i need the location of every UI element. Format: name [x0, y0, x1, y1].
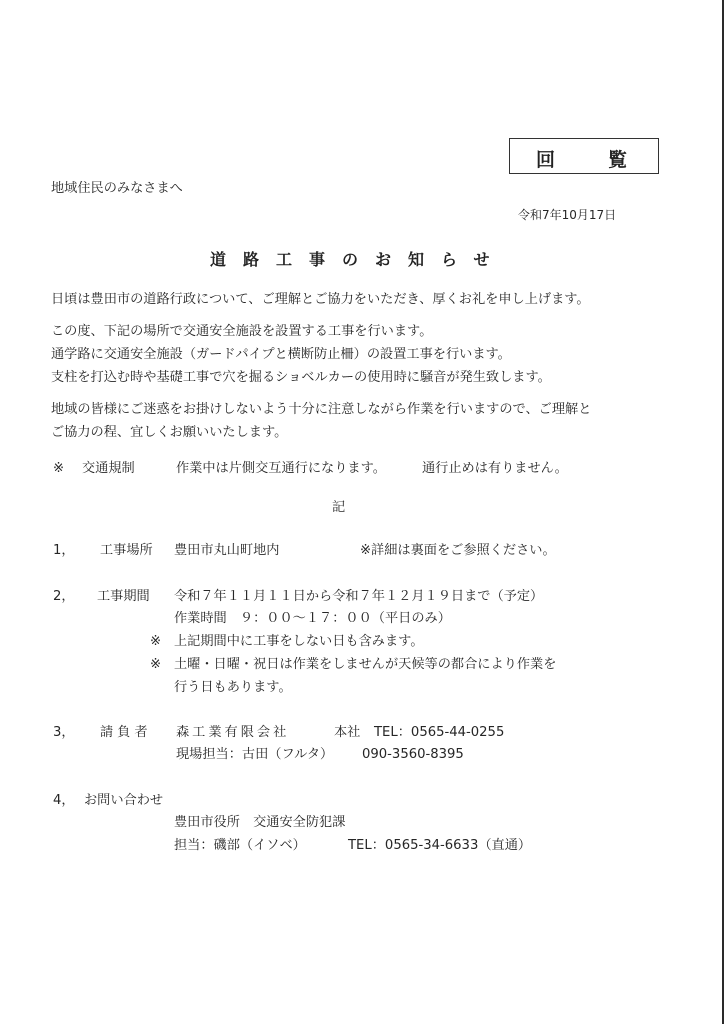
document-date: 令和7年10月17日: [518, 207, 616, 223]
item-4-label: お問い合わせ: [84, 793, 163, 809]
item-2-note-1: 上記期間中に工事をしない日も含みます。: [174, 634, 424, 650]
item-3-label: 請負者: [100, 725, 152, 741]
traffic-note-text-2: 通行止めは有りません。: [422, 461, 568, 477]
item-2-note-2-line-1: 土曜・日曜・祝日は作業をしませんが天候等の都合により作業を: [174, 657, 556, 673]
item-3-site-contact: 現場担当：古田（フルタ）: [176, 747, 333, 763]
item-1-value: 豊田市丸山町地内: [174, 543, 280, 559]
item-1-label: 工事場所: [100, 543, 153, 559]
request-line-2: ご協力の程、宜しくお願いいたします。: [51, 425, 287, 441]
item-2-work-hours: 作業時間 ９：００～１７：００（平日のみ）: [174, 611, 451, 627]
notice-line-1: この度、下記の場所で交通安全施設を設置する工事を行います。: [51, 324, 432, 340]
item-4-tel: TEL：0565-34-6633（直通）: [348, 838, 531, 854]
item-2-note-1-mark: ※: [150, 634, 161, 650]
notice-line-2: 通学路に交通安全施設（ガードパイプと横断防止柵）の設置工事を行います。: [51, 347, 511, 363]
circulation-char-2: 覧: [608, 145, 627, 172]
circulation-stamp-box: 回 覧: [509, 138, 659, 174]
recipient: 地域住民のみなさまへ: [51, 181, 183, 197]
traffic-note-text-1: 作業中は片側交互通行になります。: [176, 461, 386, 477]
item-1-note: ※詳細は裏面をご参照ください。: [360, 543, 556, 559]
item-1-number: 1，: [53, 543, 75, 559]
item-3-hq-tel: TEL：0565-44-0255: [374, 725, 504, 741]
item-4-number: 4，: [53, 793, 75, 809]
notice-line-3: 支柱を打込む時や基礎工事で穴を掘るショベルカーの使用時に騒音が発生致します。: [51, 370, 551, 386]
item-2-label: 工事期間: [97, 589, 150, 605]
page-title: 道路工事のお知らせ: [210, 247, 507, 270]
traffic-note-label: 交通規制: [82, 461, 135, 477]
request-line-1: 地域の皆様にご迷惑をお掛けしないよう十分に注意しながら作業を行いますので、ご理解…: [51, 402, 591, 418]
item-3-hq: 本社: [334, 725, 360, 741]
item-2-number: 2，: [53, 589, 75, 605]
item-2-note-2-line-2: 行う日もあります。: [174, 680, 292, 696]
circulation-char-1: 回: [536, 145, 555, 172]
item-4-office: 豊田市役所 交通安全防犯課: [174, 815, 345, 831]
ki-heading: 記: [332, 500, 345, 516]
item-3-number: 3，: [53, 725, 75, 741]
item-3-site-tel: 090-3560-8395: [362, 747, 464, 763]
traffic-note-mark: ※: [53, 461, 64, 477]
item-3-company: 森工業有限会社: [176, 725, 289, 741]
greeting-paragraph: 日頃は豊田市の道路行政について、ご理解とご協力をいただき、厚くお礼を申し上げます…: [51, 292, 590, 308]
item-2-value: 令和７年１１月１１日から令和７年１２月１９日まで（予定）: [174, 589, 543, 605]
item-4-contact: 担当：磯部（イソベ）: [174, 838, 306, 854]
item-2-note-2-mark: ※: [150, 657, 161, 673]
